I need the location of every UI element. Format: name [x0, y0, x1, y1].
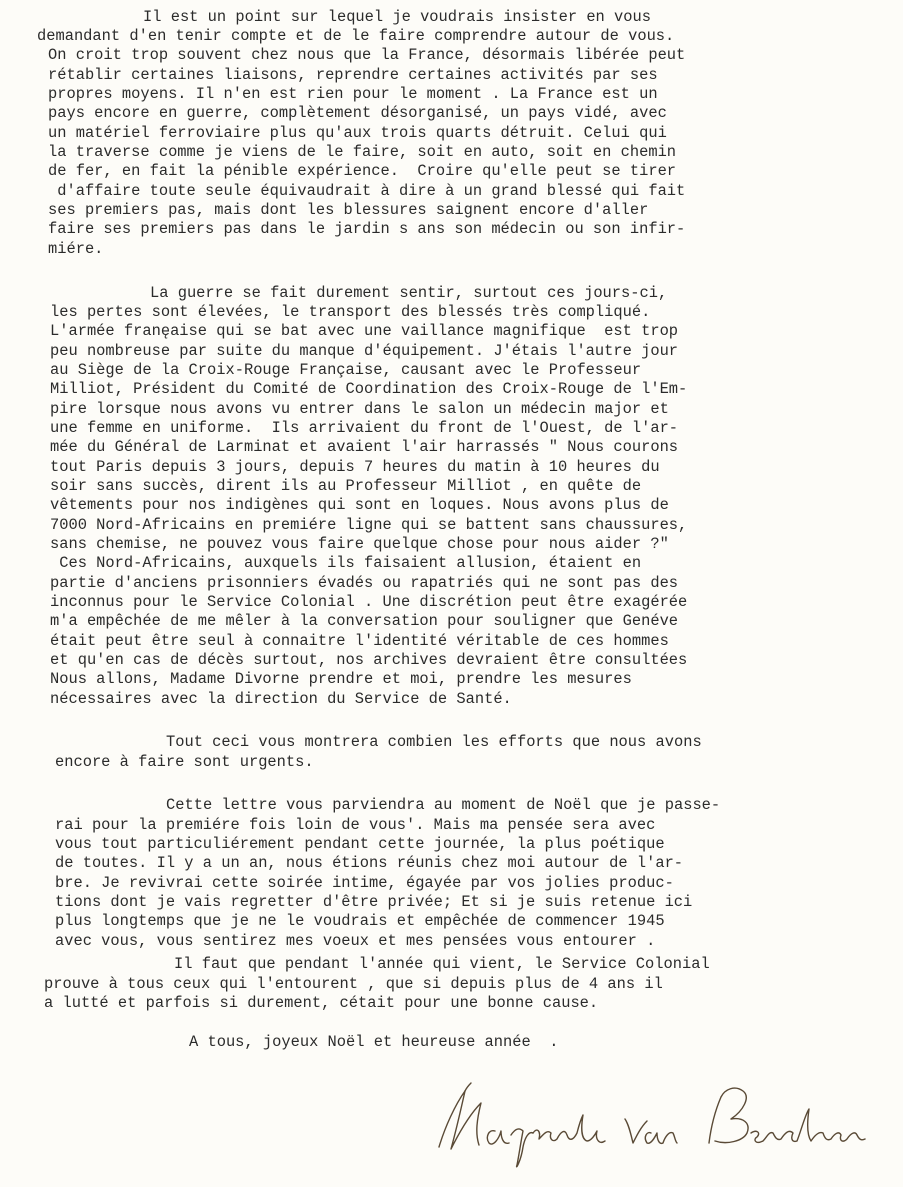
handwritten-signature	[425, 1075, 885, 1175]
text-line: nécessaires avec la direction du Service…	[50, 690, 512, 709]
text-line: mée du Général de Larminat et avaient l'…	[50, 438, 678, 457]
text-line: avec vous, vous sentirez mes voeux et me…	[55, 932, 655, 951]
text-line: pire lorsque nous avons vu entrer dans l…	[50, 400, 669, 419]
text-line: peu nombreuse par suite du manque d'équi…	[50, 342, 678, 361]
text-line: partie d'anciens prisonniers évadés ou r…	[50, 574, 678, 593]
text-line: rai pour la premiére fois loin de vous'.…	[55, 816, 655, 835]
text-line: et qu'en cas de décès surtout, nos archi…	[50, 651, 687, 670]
text-line: Tout ceci vous montrera combien les effo…	[166, 733, 702, 752]
text-line: demandant d'en tenir compte et de le fai…	[37, 27, 674, 46]
text-line: Milliot, Président du Comité de Coordina…	[50, 380, 687, 399]
text-line: tions dont je vais regretter d'être priv…	[55, 893, 692, 912]
text-line: soir sans succès, dirent ils au Professe…	[50, 477, 641, 496]
text-line: Nous allons, Madame Divorne prendre et m…	[50, 670, 632, 689]
text-line: les pertes sont élevées, le transport de…	[50, 303, 650, 322]
text-line: d'affaire toute seule équivaudrait à dir…	[48, 182, 685, 201]
text-line: vêtements pour nos indigènes qui sont en…	[50, 496, 669, 515]
letter-page: Il est un point sur lequel je voudrais i…	[0, 0, 903, 1187]
text-line: un matériel ferroviaire plus qu'aux troi…	[48, 124, 667, 143]
text-line: On croit trop souvent chez nous que la F…	[48, 46, 685, 65]
text-line: de fer, en fait la pénible expérience. C…	[48, 162, 676, 181]
text-line: 7000 Nord-Africains en premiére ligne qu…	[50, 516, 687, 535]
text-line: propres moyens. Il n'en est rien pour le…	[48, 85, 658, 104]
text-line: pays encore en guerre, complètement déso…	[48, 104, 667, 123]
text-line: La guerre se fait durement sentir, surto…	[150, 284, 667, 303]
text-line: était peut être seul à connaitre l'ident…	[50, 632, 669, 651]
text-line: a lutté et parfois si durement, cétait p…	[44, 994, 598, 1013]
text-line: A tous, joyeux Noël et heureuse année .	[189, 1033, 558, 1052]
text-line: une femme en uniforme. Ils arrivaient du…	[50, 419, 678, 438]
text-line: bre. Je revivrai cette soirée intime, ég…	[55, 874, 674, 893]
text-line: ses premiers pas, mais dont les blessure…	[48, 201, 648, 220]
text-line: Ces Nord-Africains, auxquels ils faisaie…	[50, 554, 641, 573]
text-line: Il est un point sur lequel je voudrais i…	[143, 8, 651, 27]
text-line: prouve à tous ceux qui l'entourent , que…	[44, 975, 663, 994]
text-line: sans chemise, ne pouvez vous faire quelq…	[50, 535, 669, 554]
text-line: L'armée franęaise qui se bat avec une va…	[50, 322, 678, 341]
text-line: inconnus pour le Service Colonial . Une …	[50, 593, 687, 612]
text-line: la traverse comme je viens de le faire, …	[48, 143, 676, 162]
text-line: de toutes. Il y a un an, nous étions réu…	[55, 854, 683, 873]
text-line: Il faut que pendant l'année qui vient, l…	[174, 955, 710, 974]
text-line: miére.	[48, 240, 103, 259]
text-line: Cette lettre vous parviendra au moment d…	[166, 796, 720, 815]
text-line: tout Paris depuis 3 jours, depuis 7 heur…	[50, 458, 660, 477]
text-line: faire ses premiers pas dans le jardin s …	[48, 220, 685, 239]
text-line: rétablir certaines liaisons, reprendre c…	[48, 66, 658, 85]
text-line: vous tout particuliérement pendant cette…	[55, 835, 665, 854]
signature-icon	[425, 1075, 885, 1175]
text-line: plus longtemps que je ne le voudrais et …	[55, 912, 665, 931]
text-line: m'a empêchée de me mêler à la conversati…	[50, 612, 678, 631]
text-line: au Siège de la Croix-Rouge Française, ca…	[50, 361, 641, 380]
text-line: encore à faire sont urgents.	[55, 753, 314, 772]
